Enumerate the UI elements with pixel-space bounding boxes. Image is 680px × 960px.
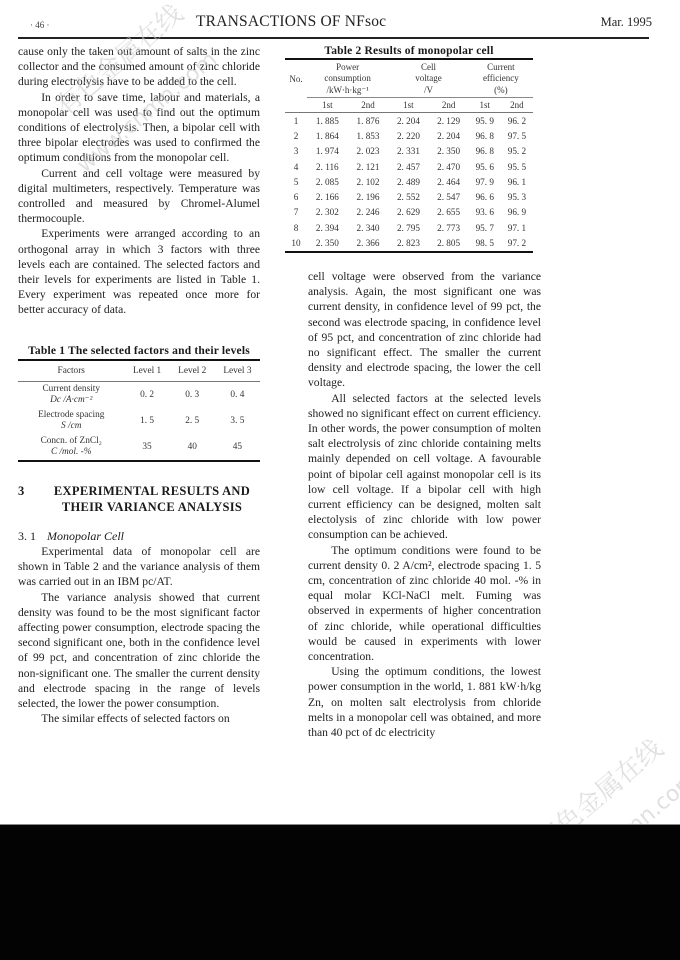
cell-value: 2. 470 [429, 159, 469, 174]
factor-name: Concn. of ZnCl₂ [41, 436, 102, 446]
cell-value: 96. 9 [501, 205, 533, 220]
level-value: 1. 5 [124, 408, 169, 434]
cell-value: 95. 2 [501, 144, 533, 159]
paragraph: In order to save time, labour and materi… [18, 90, 260, 166]
right-column: cell voltage were observed from the vari… [308, 269, 541, 740]
sub-header: 2nd [429, 98, 469, 113]
cell-value: 2. 246 [348, 205, 389, 220]
cell-value: 97. 5 [501, 128, 533, 143]
cell-value: 2. 350 [429, 144, 469, 159]
section-title: EXPERIMENTAL RESULTS AND THEIR VARIANCE … [42, 483, 262, 515]
cell-value: 2. 464 [429, 174, 469, 189]
row-number: 10 [285, 235, 307, 251]
cell-value: 1. 876 [348, 113, 389, 129]
cell-value: 2. 340 [348, 220, 389, 235]
cell-value: 2. 655 [429, 205, 469, 220]
table-row: 62. 1662. 1962. 5522. 54796. 695. 3 [285, 189, 533, 204]
level-value: 2. 5 [170, 408, 215, 434]
level-value: 0. 2 [124, 382, 169, 409]
cell-value: 95. 5 [501, 159, 533, 174]
level-value: 40 [170, 434, 215, 461]
table-2-caption: Table 2 Results of monopolar cell [285, 45, 533, 57]
table-row: 52. 0852. 1022. 4892. 46497. 996. 1 [285, 174, 533, 189]
cell-value: 2. 795 [388, 220, 428, 235]
cell-value: 93. 6 [469, 205, 501, 220]
row-number: 7 [285, 205, 307, 220]
section-number: 3 [18, 483, 25, 499]
cell-value: 95. 6 [469, 159, 501, 174]
table-row: 102. 3502. 3662. 8232. 80598. 597. 2 [285, 235, 533, 251]
factor-name: Electrode spacing [38, 410, 104, 420]
cell-value: 2. 552 [388, 189, 428, 204]
running-header: · 46 · TRANSACTIONS OF NFsoc Mar. 1995 [18, 12, 650, 34]
cell-value: 97. 2 [501, 235, 533, 251]
column-header-no: No. [285, 59, 307, 98]
cell-value: 2. 331 [388, 144, 428, 159]
cell-value: 2. 805 [429, 235, 469, 251]
level-value: 35 [124, 434, 169, 461]
subsection-number: 3. 1 [18, 529, 36, 543]
monopolar-results-table: No. Powerconsumption Cellvoltage Current… [285, 58, 533, 253]
cell-value: 2. 366 [348, 235, 389, 251]
cell-value: 96. 8 [469, 128, 501, 143]
paragraph: All selected factors at the selected lev… [308, 391, 541, 543]
subsection-heading: 3. 1 Monopolar Cell [18, 529, 124, 544]
table-2: Table 2 Results of monopolar cell No. Po… [285, 45, 533, 253]
row-number: 1 [285, 113, 307, 129]
sub-header: 1st [307, 98, 348, 113]
table-2-body: 11. 8851. 8762. 2042. 12995. 996. 221. 8… [285, 113, 533, 252]
cell-value: 2. 350 [307, 235, 348, 251]
table-row: Concn. of ZnCl₂C /mol. -% 35 40 45 [18, 434, 260, 461]
subsection-title: Monopolar Cell [47, 529, 124, 543]
cell-value: 2. 166 [307, 189, 348, 204]
row-number: 6 [285, 189, 307, 204]
scan-bottom-band [0, 824, 680, 960]
cell-value: 98. 5 [469, 235, 501, 251]
cell-value: 97. 1 [501, 220, 533, 235]
column-header: Factors [18, 360, 124, 382]
row-number: 8 [285, 220, 307, 235]
row-number: 3 [285, 144, 307, 159]
cell-value: 1. 974 [307, 144, 348, 159]
cell-value: 2. 129 [429, 113, 469, 129]
row-number: 2 [285, 128, 307, 143]
sub-header: 2nd [501, 98, 533, 113]
table-1-caption: Table 1 The selected factors and their l… [18, 345, 260, 357]
table-1: Table 1 The selected factors and their l… [18, 345, 260, 462]
factors-table: Factors Level 1 Level 2 Level 3 Current … [18, 359, 260, 462]
paragraph: cause only the taken out amount of salts… [18, 44, 260, 90]
paragraph: The similar effects of selected factors … [18, 711, 260, 726]
table-row: 42. 1162. 1212. 4572. 47095. 695. 5 [285, 159, 533, 174]
level-value: 0. 4 [215, 382, 260, 409]
cell-value: 2. 204 [429, 128, 469, 143]
table-row: 31. 9742. 0232. 3312. 35096. 895. 2 [285, 144, 533, 159]
table-row: 11. 8851. 8762. 2042. 12995. 996. 2 [285, 113, 533, 129]
cell-value: 1. 864 [307, 128, 348, 143]
table-row: 72. 3022. 2462. 6292. 65593. 696. 9 [285, 205, 533, 220]
factor-name: Current density [42, 384, 100, 394]
cell-value: 2. 023 [348, 144, 389, 159]
paragraph: Experiments were arranged according to a… [18, 226, 260, 317]
factor-unit: C /mol. -% [51, 447, 92, 457]
unit-header: /V [388, 83, 468, 98]
cell-value: 1. 853 [348, 128, 389, 143]
page-number: · 46 · [30, 20, 50, 30]
cell-value: 96. 6 [469, 189, 501, 204]
factor-unit: Dc /A·cm⁻² [50, 395, 92, 405]
sub-header: 1st [388, 98, 428, 113]
paragraph: Using the optimum conditions, the lowest… [308, 664, 541, 740]
level-value: 45 [215, 434, 260, 461]
level-value: 3. 5 [215, 408, 260, 434]
column-header: Level 2 [170, 360, 215, 382]
left-column: cause only the taken out amount of salts… [18, 44, 260, 318]
row-number: 5 [285, 174, 307, 189]
cell-value: 95. 7 [469, 220, 501, 235]
cell-value: 96. 2 [501, 113, 533, 129]
cell-value: 2. 102 [348, 174, 389, 189]
sub-header: 2nd [348, 98, 389, 113]
paragraph: The variance analysis showed that curren… [18, 590, 260, 712]
row-number: 4 [285, 159, 307, 174]
table-row: 21. 8641. 8532. 2202. 20496. 897. 5 [285, 128, 533, 143]
unit-header: /kW·h·kg⁻¹ [307, 83, 388, 98]
cell-value: 2. 116 [307, 159, 348, 174]
group-header: Cell [421, 62, 436, 72]
cell-value: 2. 823 [388, 235, 428, 251]
table-row: 82. 3942. 3402. 7952. 77395. 797. 1 [285, 220, 533, 235]
cell-value: 2. 302 [307, 205, 348, 220]
section-heading: 3 EXPERIMENTAL RESULTS AND THEIR VARIANC… [18, 483, 262, 515]
cell-value: 95. 9 [469, 113, 501, 129]
paragraph: cell voltage were observed from the vari… [308, 269, 541, 391]
group-header: Power [336, 62, 359, 72]
level-value: 0. 3 [170, 382, 215, 409]
table-row: Current densityDc /A·cm⁻² 0. 2 0. 3 0. 4 [18, 382, 260, 409]
cell-value: 2. 489 [388, 174, 428, 189]
cell-value: 2. 121 [348, 159, 389, 174]
cell-value: 1. 885 [307, 113, 348, 129]
paragraph: Current and cell voltage were measured b… [18, 166, 260, 227]
journal-title: TRANSACTIONS OF NFsoc [196, 13, 386, 31]
cell-value: 2. 394 [307, 220, 348, 235]
issue-date: Mar. 1995 [601, 15, 652, 30]
cell-value: 2. 085 [307, 174, 348, 189]
unit-header: (%) [469, 83, 533, 98]
paragraph: Experimental data of monopolar cell are … [18, 544, 260, 590]
cell-value: 96. 1 [501, 174, 533, 189]
cell-value: 2. 220 [388, 128, 428, 143]
cell-value: 97. 9 [469, 174, 501, 189]
column-header: Level 1 [124, 360, 169, 382]
cell-value: 2. 773 [429, 220, 469, 235]
paragraph: The optimum conditions were found to be … [308, 543, 541, 665]
sub-header: 1st [469, 98, 501, 113]
cell-value: 2. 457 [388, 159, 428, 174]
cell-value: 2. 196 [348, 189, 389, 204]
group-header: Current [487, 62, 515, 72]
header-rule [18, 37, 649, 39]
column-header: Level 3 [215, 360, 260, 382]
cell-value: 96. 8 [469, 144, 501, 159]
cell-value: 2. 204 [388, 113, 428, 129]
table-row: Electrode spacingS /cm 1. 5 2. 5 3. 5 [18, 408, 260, 434]
cell-value: 95. 3 [501, 189, 533, 204]
left-column-lower: Experimental data of monopolar cell are … [18, 544, 260, 726]
factor-unit: S /cm [61, 421, 81, 431]
cell-value: 2. 629 [388, 205, 428, 220]
cell-value: 2. 547 [429, 189, 469, 204]
